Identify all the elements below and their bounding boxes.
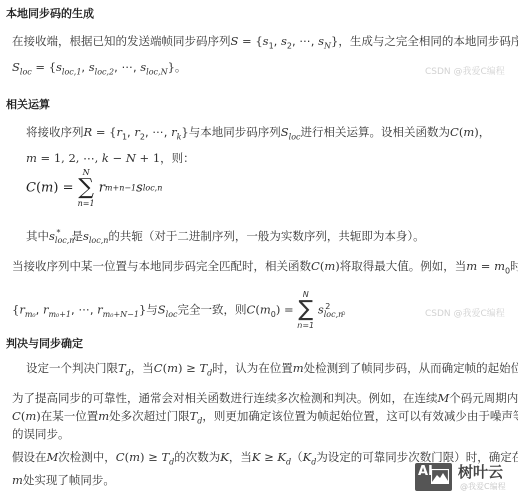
paragraph-threshold: 设定一个判决门限Td，当C(m) ≥ Td时，认为在位置m处检测到了帧同步码，从… [26,360,518,381]
brand-logo: AI [415,463,452,491]
paragraph-reliability-3: 的误同步。 [12,426,70,442]
paragraph-m-range: m = 1, 2, ⋯, k − N + 1，则： [26,150,195,166]
brand-name: 树叶云 [458,461,503,482]
text-span: ，则： [160,151,195,165]
text-span: 将接收序列 [26,125,84,139]
text-span: 在接收端，根据已知的发送端帧同步码序列 [12,34,231,48]
text-span: （ [291,450,303,464]
formula-correlation: C(m) = N∑n=1 rm+n−1sloc,n [26,168,162,208]
text-span: 的共轭（对于二进制序列，一般为实数序列，共轭即为本身）。 [108,229,424,243]
paragraph-max-match: 当接收序列中某一位置与本地同步码完全匹配时，相关函数C(m)将取得最大值。例如，… [12,258,518,279]
text-span: 在某一位置 [41,409,99,423]
text-span: 假设在 [12,450,47,464]
text-span: 时， [510,259,518,273]
paragraph-local-sync-code: 在接收端，根据已知的发送端帧同步码序列S = {s1, s2, ⋯, sN}，生… [12,33,518,54]
text-span: ， [479,125,491,139]
text-span: ，则更加确定该位置为帧起始位置，这可以有效减少由于噪声等干扰导致 [202,409,518,423]
text-span: ，当 [229,450,252,464]
text-span: 与 [146,303,158,317]
csdn-watermark: CSDN @我爱C编程 [425,306,505,319]
csdn-watermark: CSDN @我爱C编程 [425,64,505,77]
section-heading-correlation: 相关运算 [6,96,50,112]
paragraph-count-threshold-2: m处实现了帧同步。 [12,472,115,488]
text-span: 处多次超过门限 [109,409,190,423]
text-span: 的次数为 [174,450,220,464]
paragraph-sloc-def: Sloc = {sloc,1, sloc,2, ⋯, sloc,N}。 [12,59,186,80]
paragraph-conjugate: 其中sloc,n* 是sloc,n的共轭（对于二进制序列，一般为实数序列，共轭即… [26,225,425,249]
text-span: 完全一致，则 [178,303,247,317]
text-span: ，生成与之完全相同的本地同步码序列 [338,34,518,48]
text-span: 其中 [26,229,49,243]
text-span: 设定一个判决门限 [26,361,118,375]
text-span: 与本地同步码序列 [189,125,281,139]
text-span: 当接收序列中某一位置与本地同步码完全匹配时，相关函数 [12,259,311,273]
summation-symbol: N∑n=1 [78,168,95,208]
text-span: 个码元周期内，如果 [449,391,518,405]
section-heading-decision: 判决与同步确定 [6,335,83,351]
brand-sub-watermark: @我爱C编程 [460,481,506,492]
text-span: 时，认为在位置 [212,361,293,375]
paragraph-reliability-1: 为了提高同步的可靠性，通常会对相关函数进行连续多次检测和判决。例如，在连续M个码… [12,390,518,406]
paragraph-max-value: {rm₀, rm₀+1, ⋯, rm₀+N−1}与Sloc完全一致，则C(m0)… [12,290,353,330]
text-span: 处实现了帧同步。 [23,473,115,487]
paragraph-correlation: 将接收序列R = {r1, r2, ⋯, rk}与本地同步码序列Sloc进行相关… [26,124,490,145]
mountain-icon [431,469,449,484]
text-span: ，当 [131,361,154,375]
paragraph-reliability-2: C(m)在某一位置m处多次超过门限Td，则更加确定该位置为帧起始位置，这可以有效… [12,408,518,429]
text-span: 为了提高同步的可靠性，通常会对相关函数进行连续多次检测和判决。例如，在连续 [12,391,438,405]
summation-symbol: N∑n=1 [297,290,314,330]
section-heading-local-sync-code: 本地同步码的生成 [6,5,94,21]
text-span: 将取得最大值。例如，当 [340,259,467,273]
text-span: 进行相关运算。设相关函数为 [301,125,451,139]
text-span: 次检测中， [58,450,116,464]
text-span: 处检测到了帧同步码，从而确定帧的起始位置。 [304,361,518,375]
text-span: 是 [71,229,83,243]
